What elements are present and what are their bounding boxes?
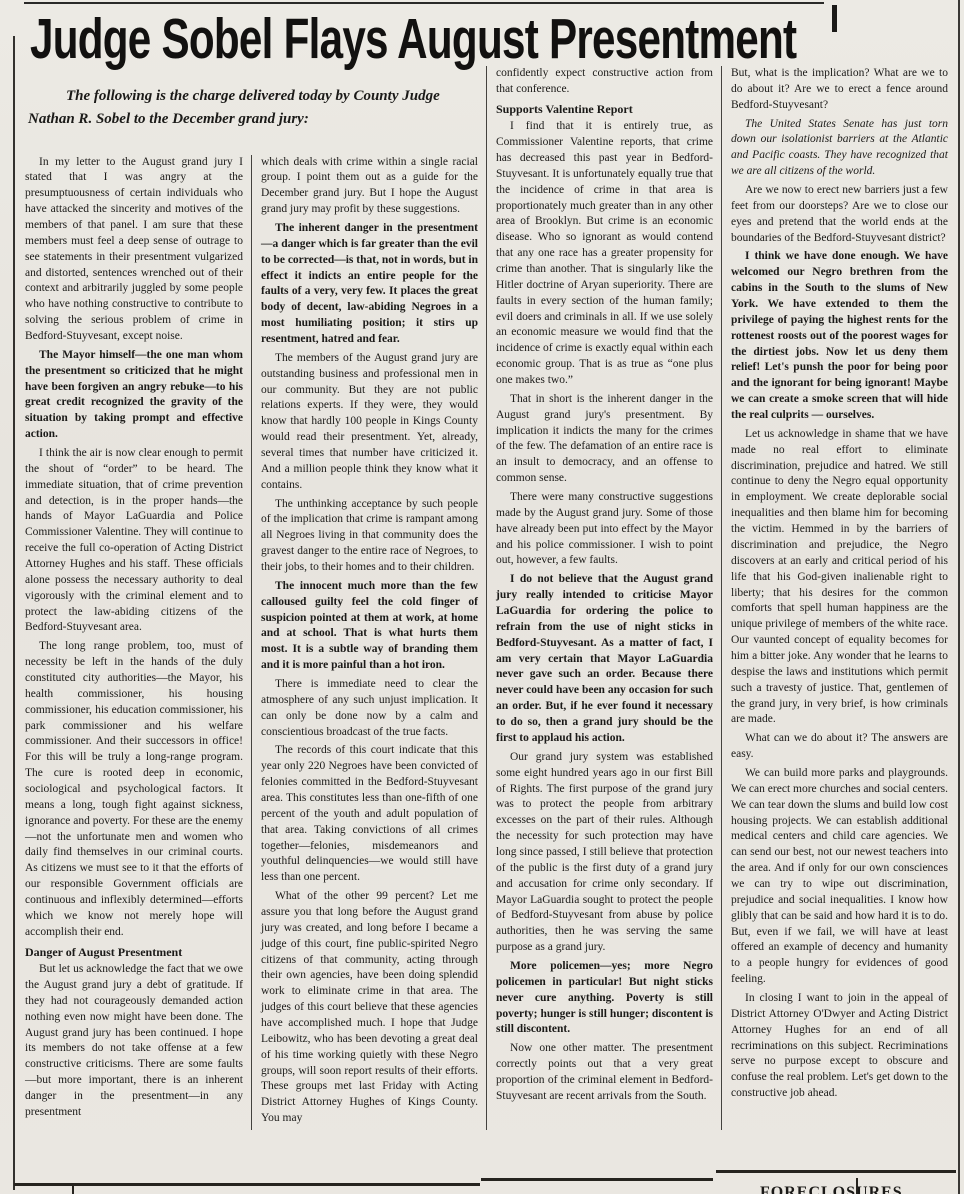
article-column-2: which deals with crime within a single r…: [251, 155, 486, 1131]
article-paragraph: The unthinking acceptance by such people…: [261, 497, 478, 576]
article-paragraph: The Mayor himself—the one man whom the p…: [25, 348, 243, 443]
bottom-divider-tick-left: [72, 1186, 74, 1194]
article-paragraph: There is immediate need to clear the atm…: [261, 677, 478, 740]
article-paragraph: There were many constructive suggestions…: [496, 490, 713, 569]
article-paragraph: Let us acknowledge in shame that we have…: [731, 427, 948, 728]
article-paragraph: But, what is the implication? What are w…: [731, 66, 948, 114]
bottom-rule-center: [481, 1178, 713, 1181]
article-column-1: In my letter to the August grand jury I …: [16, 155, 251, 1131]
next-section-title-partial: FORECLOSURES: [760, 1184, 903, 1194]
article-paragraph: I think we have done enough. We have wel…: [731, 249, 948, 423]
bottom-rule-left: [14, 1183, 480, 1186]
article-paragraph: Our grand jury system was established so…: [496, 750, 713, 956]
article-paragraph: The innocent much more than the few call…: [261, 579, 478, 674]
article-paragraph: The inherent danger in the presentment—a…: [261, 221, 478, 348]
article-paragraph: The records of this court indicate that …: [261, 743, 478, 886]
article-paragraph: In my letter to the August grand jury I …: [25, 155, 243, 345]
article-paragraph: We can build more parks and playgrounds.…: [731, 766, 948, 988]
article-paragraph: which deals with crime within a single r…: [261, 155, 478, 218]
article-paragraph: More policemen—yes; more Negro policemen…: [496, 959, 713, 1038]
article-paragraph: But let us acknowledge the fact that we …: [25, 962, 243, 1121]
torn-edge-mark: [832, 5, 837, 32]
article-paragraph: That in short is the inherent danger in …: [496, 392, 713, 487]
right-edge-rule: [958, 0, 960, 1194]
article-paragraph: confidently expect constructive action f…: [496, 66, 713, 98]
top-rule: [24, 2, 824, 4]
article-paragraph: I find that it is entirely true, as Comm…: [496, 119, 713, 389]
article-paragraph: The members of the August grand jury are…: [261, 351, 478, 494]
section-subhead-valentine: Supports Valentine Report: [496, 101, 713, 118]
section-subhead-danger: Danger of August Presentment: [25, 944, 243, 961]
left-column-rule: [13, 36, 15, 1190]
newspaper-page: Judge Sobel Flays August Presentment The…: [0, 0, 964, 1194]
article-lede: The following is the charge delivered to…: [16, 81, 486, 140]
article-paragraph: I think the air is now clear enough to p…: [25, 446, 243, 636]
article-paragraph: Are we now to erect new barriers just a …: [731, 183, 948, 246]
article-paragraph: Now one other matter. The presentment co…: [496, 1041, 713, 1104]
article-paragraph: In closing I want to join in the appeal …: [731, 991, 948, 1102]
article-paragraph: The United States Senate has just torn d…: [731, 117, 948, 180]
article-column-3: confidently expect constructive action f…: [486, 66, 721, 1130]
article-body: The following is the charge delivered to…: [16, 66, 956, 1130]
article-paragraph: The long range problem, too, must of nec…: [25, 639, 243, 940]
bottom-rule-right: [716, 1170, 956, 1173]
article-headline: Judge Sobel Flays August Presentment: [30, 6, 721, 72]
article-paragraph: What of the other 99 percent? Let me ass…: [261, 889, 478, 1127]
article-paragraph: What can we do about it? The answers are…: [731, 731, 948, 763]
article-column-4: But, what is the implication? What are w…: [721, 66, 956, 1130]
article-paragraph: I do not believe that the August grand j…: [496, 572, 713, 746]
